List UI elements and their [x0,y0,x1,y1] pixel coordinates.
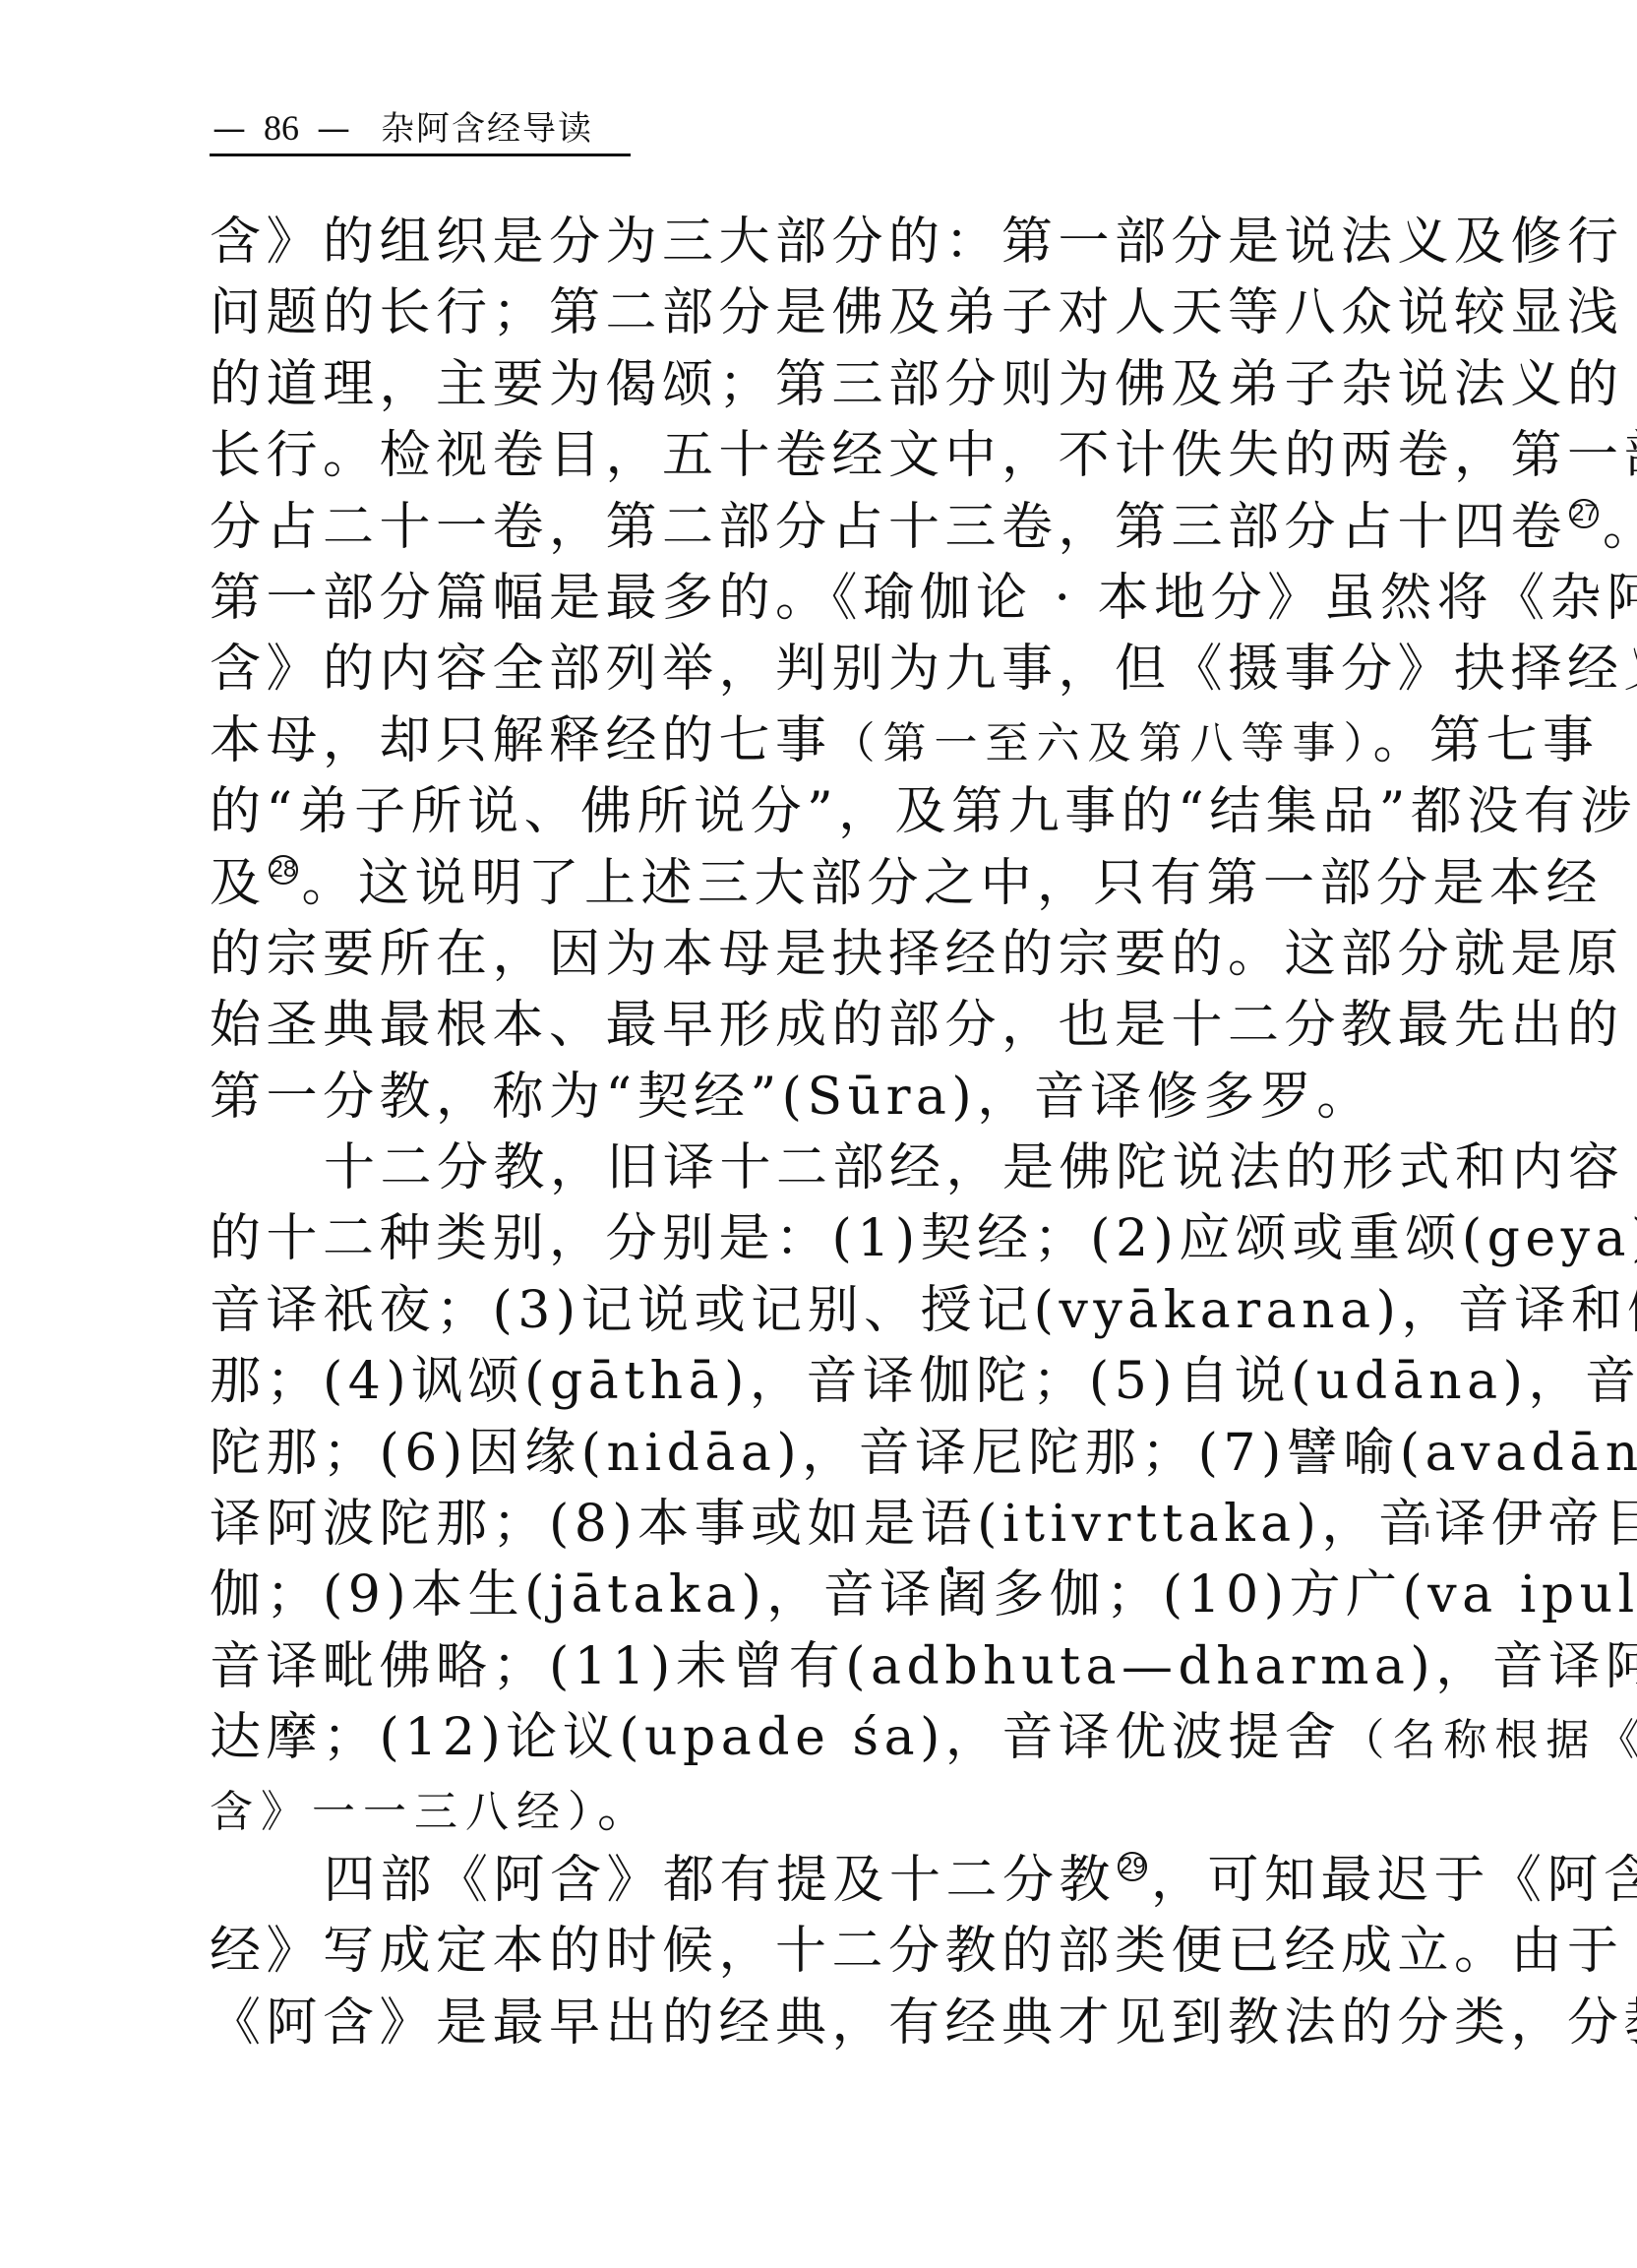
text-line: 的十二种类别，分别是：(1)契经；(2)应颂或重颂(geya)， [210,1203,1439,1274]
text-run: ，可知最迟于《阿含 [1151,1851,1637,1910]
footnote-marker-29[interactable]: 29 [1118,1852,1147,1881]
text-line: 的宗要所在，因为本母是抉择经的宗要的。这部分就是原 [210,919,1439,990]
underdot-mark [947,1566,953,1574]
text-line: 那；(4)讽颂(gāthā)，音译伽陀；(5)自说(udāna)，音译优 [210,1346,1439,1417]
text-line: 含》一一三八经）。 [210,1774,1439,1845]
text-line: 第一分教，称为“契经”(Sūra)，音译修多罗。 [210,1062,1439,1133]
text-line: 陀那；(6)因缘(nidāa)，音译尼陀那；(7)譬喻(avadāna)，音 [210,1418,1439,1489]
text-line: 伽；(9)本生(jātaka)，音译阇多伽；(10)方广(va ipulya)， [210,1560,1439,1630]
text-line: 问题的长行；第二部分是佛及弟子对人天等八众说较显浅 [210,277,1439,348]
body-text: 含》的组织是分为三大部分的：第一部分是说法义及修行 问题的长行；第二部分是佛及弟… [210,207,1439,2058]
text-line: 的“弟子所说、佛所说分”，及第九事的“结集品”都没有涉 [210,776,1439,847]
text-line: 译阿波陀那；(8)本事或如是语(itivrttaka)，音译伊帝目多 [210,1489,1439,1560]
book-title: 杂阿含经导读 [381,107,593,151]
text-line: 《阿含》是最早出的经典，有经典才见到教法的分类，分教 [210,1988,1439,2058]
text-line: 长行。检视卷目，五十卷经文中，不计佚失的两卷，第一部 [210,420,1439,491]
small-note: 含》一一三八经） [210,1787,597,1837]
page-number: 86 [249,106,314,150]
text-line: 十二分教，旧译十二部经，是佛陀说法的形式和内容 [210,1133,1439,1203]
small-note: （第一至六及第八等事） [832,718,1373,768]
text-line: 及28。这说明了上述三大部分之中，只有第一部分是本经 [210,848,1439,919]
small-note: （名称根据《杂阿 [1341,1715,1637,1765]
text-line: 音译祇夜；(3)记说或记别、授记(vyākarana)，音译和伽罗 [210,1275,1439,1346]
text-line: 本母，却只解释经的七事（第一至六及第八等事）。第七事 [210,705,1439,776]
text-line: 的道理，主要为偈颂；第三部分则为佛及弟子杂说法义的 [210,349,1439,420]
text-run: 。 [597,1780,654,1839]
header-dash-right: — [314,107,353,151]
text-line: 分占二十一卷，第二部分占十三卷，第三部分占十四卷27。 [210,492,1439,563]
text-run: 四部《阿含》都有提及十二分教 [324,1851,1116,1910]
footnote-marker-27[interactable]: 27 [1569,499,1599,528]
text-line: 始圣典最根本、最早形成的部分，也是十二分教最先出的 [210,990,1439,1061]
text-run: 。第七事 [1373,711,1600,770]
text-run: 达摩；(12)论议(upade śa)，音译优波提舍 [210,1708,1341,1767]
text-line: 第一部分篇幅是最多的。《瑜伽论 · 本地分》虽然将《杂阿 [210,563,1439,634]
text-line: 含》的组织是分为三大部分的：第一部分是说法义及修行 [210,207,1439,277]
text-run: 。 [1603,498,1637,557]
text-line: 含》的内容全部列举，判别为九事，但《摄事分》抉择经义的 [210,634,1439,705]
text-line: 达摩；(12)论议(upade śa)，音译优波提舍（名称根据《杂阿 [210,1702,1439,1773]
footnote-marker-28[interactable]: 28 [269,855,298,885]
running-header: —86—杂阿含经导读 [210,106,631,156]
text-line: 音译毗佛略；(11)未曾有(adbhuta—dharma)，音译阿浮多 [210,1631,1439,1702]
header-dash-left: — [210,107,249,151]
text-run: 本母，却只解释经的七事 [210,711,832,770]
scan-artifact-mark [1425,1523,1428,1537]
text-run: 分占二十一卷，第二部分占十三卷，第三部分占十四卷 [210,498,1567,557]
text-run: 及 [210,854,267,913]
text-run: 。这说明了上述三大部分之中，只有第一部分是本经 [302,854,1604,913]
text-line: 经》写成定本的时候，十二分教的部类便已经成立。由于 [210,1916,1439,1987]
text-line: 四部《阿含》都有提及十二分教29，可知最迟于《阿含 [210,1845,1439,1916]
